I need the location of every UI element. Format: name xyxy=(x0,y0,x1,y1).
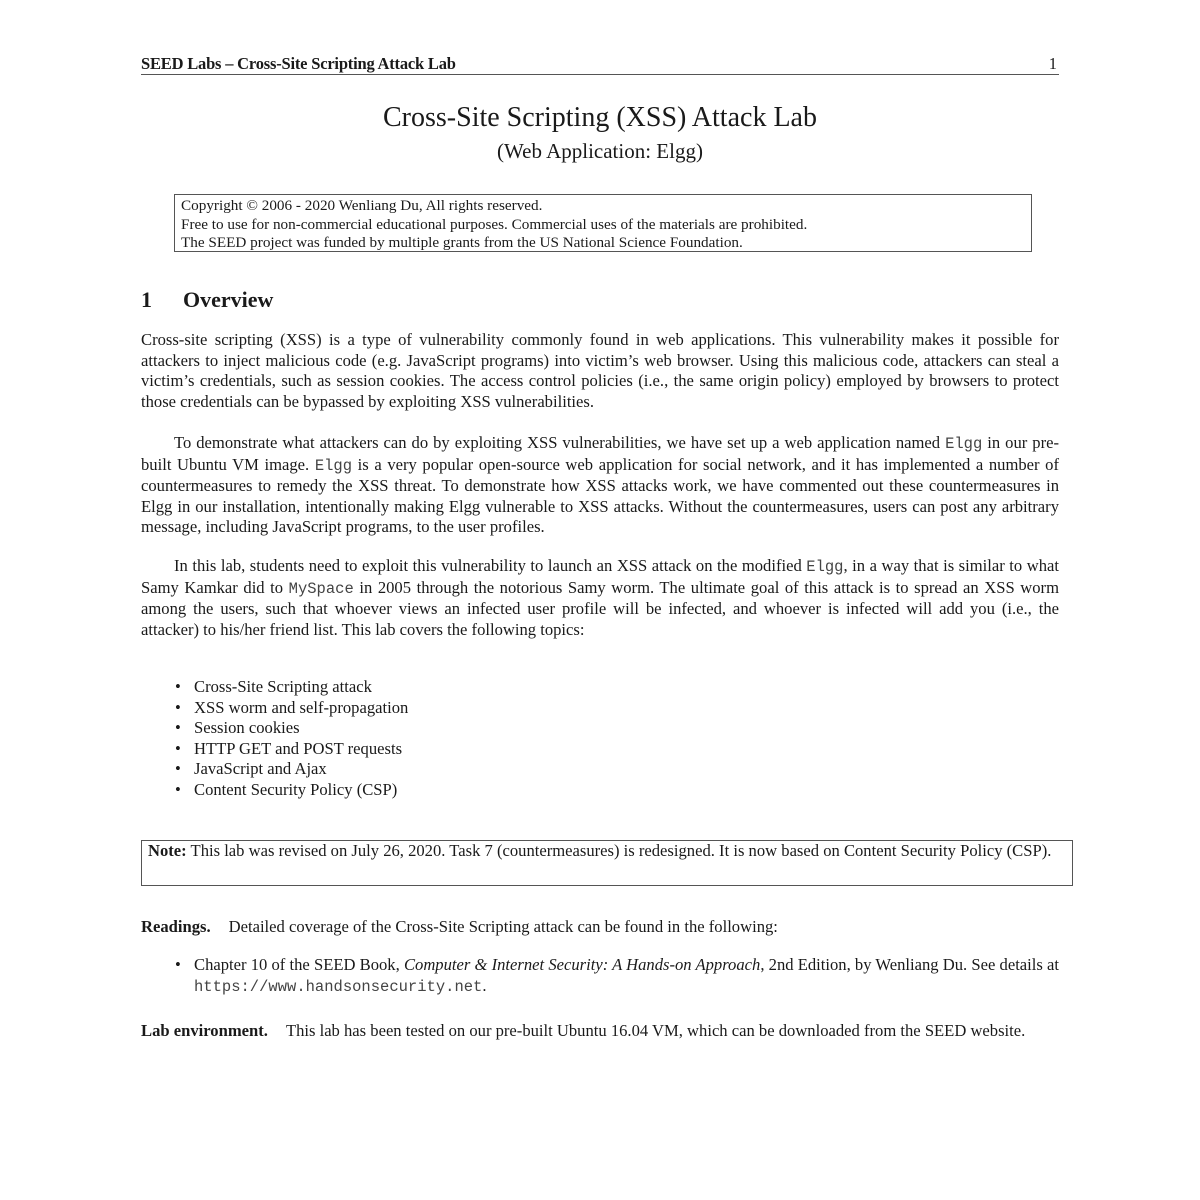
readings-paragraph: Readings.Detailed coverage of the Cross-… xyxy=(141,917,1059,938)
code-elgg: Elgg xyxy=(315,457,352,475)
code-elgg: Elgg xyxy=(945,435,982,453)
text-run: In this lab, students need to exploit th… xyxy=(174,556,806,575)
readings-text: Detailed coverage of the Cross-Site Scri… xyxy=(229,917,778,936)
note-label: Note: xyxy=(148,841,187,860)
running-header: SEED Labs – Cross-Site Scripting Attack … xyxy=(141,52,1059,75)
copyright-box: Copyright © 2006 - 2020 Wenliang Du, All… xyxy=(174,194,1032,252)
text-run: . xyxy=(482,976,486,995)
lab-environment-text: This lab has been tested on our pre-buil… xyxy=(286,1021,1025,1040)
text-run: To demonstrate what attackers can do by … xyxy=(174,433,945,452)
copyright-line: The SEED project was funded by multiple … xyxy=(181,234,1025,253)
lab-environment-label: Lab environment. xyxy=(141,1021,268,1040)
overview-paragraph-2: To demonstrate what attackers can do by … xyxy=(141,433,1059,538)
text-run: , 2nd Edition, by Wenliang Du. See detai… xyxy=(760,955,1059,974)
code-elgg: Elgg xyxy=(806,558,843,576)
code-myspace: MySpace xyxy=(289,580,354,598)
section-number: 1 xyxy=(141,287,183,313)
copyright-line: Copyright © 2006 - 2020 Wenliang Du, All… xyxy=(181,197,1025,216)
readings-label: Readings. xyxy=(141,917,211,936)
list-item: Chapter 10 of the SEED Book, Computer & … xyxy=(175,955,1059,997)
list-item: Session cookies xyxy=(175,718,408,739)
list-item: HTTP GET and POST requests xyxy=(175,739,408,760)
page-number: 1 xyxy=(1049,54,1057,74)
lab-environment-paragraph: Lab environment.This lab has been tested… xyxy=(141,1021,1059,1042)
document-subtitle: (Web Application: Elgg) xyxy=(141,139,1059,164)
section-title: Overview xyxy=(183,287,273,312)
overview-paragraph-3: In this lab, students need to exploit th… xyxy=(141,556,1059,640)
list-item: Content Security Policy (CSP) xyxy=(175,780,408,801)
topics-list: Cross-Site Scripting attack XSS worm and… xyxy=(175,677,408,801)
note-box: Note: This lab was revised on July 26, 2… xyxy=(141,840,1073,886)
list-item: XSS worm and self-propagation xyxy=(175,698,408,719)
document-title: Cross-Site Scripting (XSS) Attack Lab xyxy=(141,102,1059,134)
section-heading: 1Overview xyxy=(141,287,273,313)
list-item: Cross-Site Scripting attack xyxy=(175,677,408,698)
overview-paragraph-1: Cross-site scripting (XSS) is a type of … xyxy=(141,330,1059,412)
book-title: Computer & Internet Security: A Hands-on… xyxy=(404,955,760,974)
handsonsecurity-link[interactable]: https://www.handsonsecurity.net xyxy=(194,978,482,996)
text-run: Chapter 10 of the SEED Book, xyxy=(194,955,404,974)
readings-list: Chapter 10 of the SEED Book, Computer & … xyxy=(175,955,1059,997)
note-text: This lab was revised on July 26, 2020. T… xyxy=(187,841,1052,860)
running-header-title: SEED Labs – Cross-Site Scripting Attack … xyxy=(141,54,456,74)
list-item: JavaScript and Ajax xyxy=(175,759,408,780)
copyright-line: Free to use for non-commercial education… xyxy=(181,216,1025,235)
